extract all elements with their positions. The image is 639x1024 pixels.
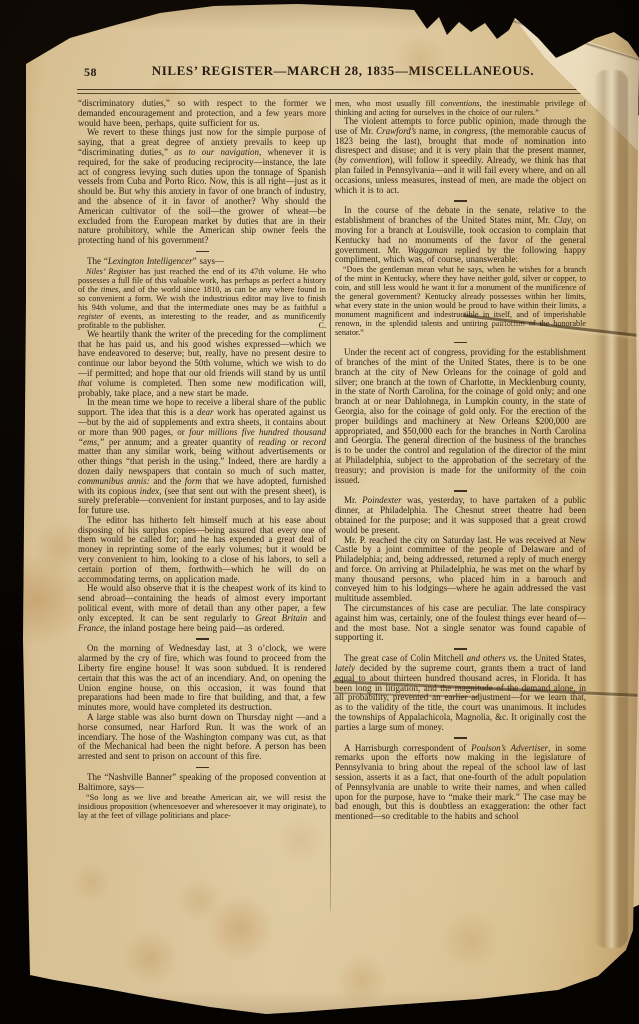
separator-dash (454, 342, 467, 344)
article-paragraph: Niles’ Register has just reached the end… (78, 267, 326, 330)
column-right: men, who most usually fill conventions, … (335, 99, 586, 919)
separator-dash (454, 490, 467, 492)
article-separator (335, 733, 586, 744)
separator-dash (196, 638, 209, 640)
article-paragraph: The editor has hitherto felt himself muc… (78, 516, 326, 585)
article-paragraph: In the course of the debate in the senat… (335, 206, 586, 265)
separator-dash (454, 200, 467, 202)
text-area: “discriminatory duties,” so with respect… (78, 99, 586, 919)
article-paragraph: “So long as we live and breathe American… (78, 793, 326, 820)
article-paragraph: A Harrisburgh correspondent of Poulson’s… (335, 744, 586, 822)
black-background: 58 NILES’ REGISTER—MARCH 28, 1835—MISCEL… (0, 0, 639, 1024)
article-paragraph: Mr. Poindexter was, yesterday, to have p… (335, 496, 586, 535)
column-left: “discriminatory duties,” so with respect… (78, 99, 326, 919)
article-paragraph: The violent attempts to force public opi… (335, 117, 586, 195)
article-paragraph: Under the recent act of congress, provid… (335, 348, 586, 485)
column-divider (330, 99, 331, 911)
separator-dash (196, 767, 209, 769)
article-paragraph: The circumstances of his case are peculi… (335, 604, 586, 643)
article-paragraph: He would also observe that it is the che… (78, 584, 326, 633)
separator-dash (454, 648, 467, 650)
article-paragraph: The “Nashville Banner” speaking of the p… (78, 773, 326, 793)
article-paragraph: “discriminatory duties,” so with respect… (78, 99, 326, 128)
separator-dash (454, 737, 467, 739)
article-paragraph: In the mean time we hope to receive a li… (78, 398, 326, 516)
article-paragraph: “Does the gentleman mean what he says, w… (335, 265, 586, 337)
article-paragraph: We heartily thank the writer of the prec… (78, 330, 326, 399)
article-paragraph: On the morning of Wednesday last, at 3 o… (78, 644, 326, 713)
article-paragraph: The “Lexington Intelligencer” says— (78, 257, 326, 267)
article-paragraph: The great case of Colin Mitchell and oth… (335, 654, 586, 732)
separator-dash (196, 251, 209, 253)
article-paragraph: Mr. P. reached the city on Saturday last… (335, 536, 586, 605)
newspaper-page: 58 NILES’ REGISTER—MARCH 28, 1835—MISCEL… (0, 0, 639, 1024)
header-double-rule (77, 89, 609, 94)
article-paragraph: We revert to these things just now for t… (78, 128, 326, 246)
article-paragraph: A large stable was also burnt down on Th… (78, 713, 326, 762)
page-header: 58 NILES’ REGISTER—MARCH 28, 1835—MISCEL… (78, 62, 608, 82)
page-curl-edge (594, 70, 628, 948)
article-paragraph: men, who most usually fill conventions, … (335, 99, 586, 117)
fold-seam-line (512, 20, 639, 66)
page-title: NILES’ REGISTER—MARCH 28, 1835—MISCELLAN… (78, 63, 608, 79)
